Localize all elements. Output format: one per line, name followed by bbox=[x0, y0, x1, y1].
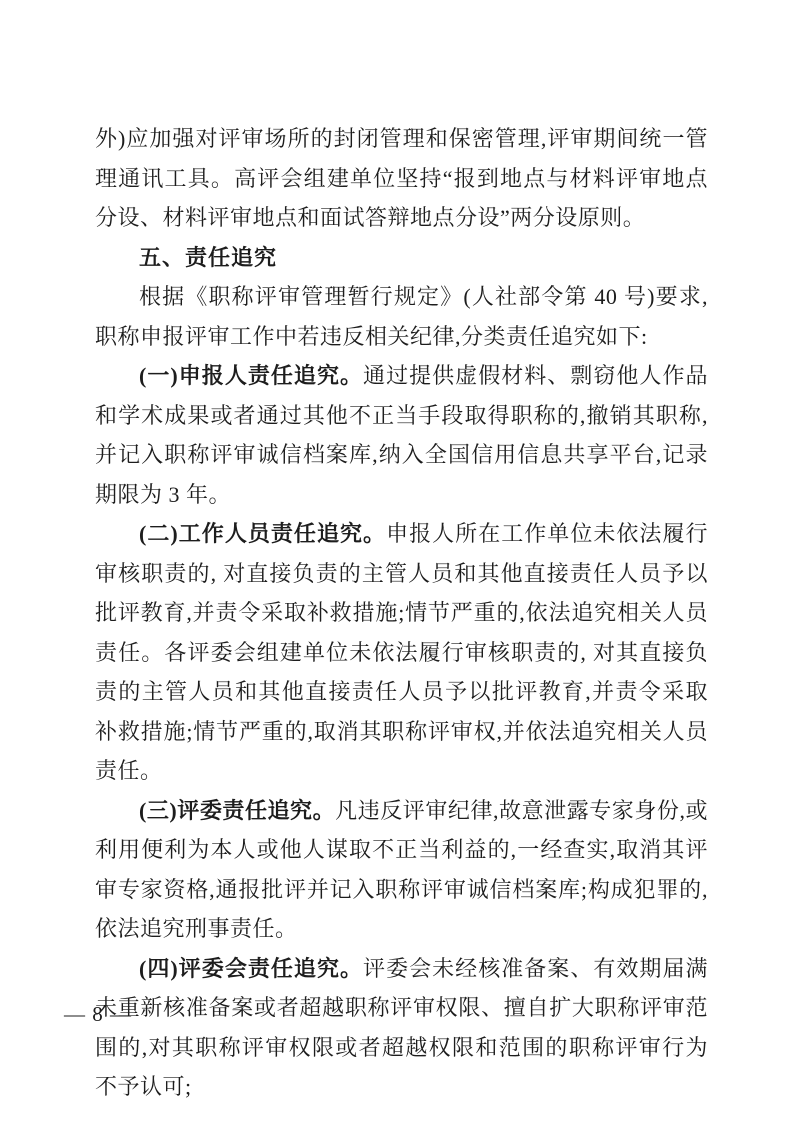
responsibility-item-committee: (四)评委会责任追究。评委会未经核准备案、有效期届满未重新核准备案或者超越职称评… bbox=[95, 949, 708, 1107]
document-body: 外)应加强对评审场所的封闭管理和保密管理,评审期间统一管理通讯工具。高评会组建单… bbox=[95, 119, 708, 1107]
item-lead: (四)评委会责任追究。 bbox=[139, 956, 363, 981]
item-body: 申报人所在工作单位未依法履行审核职责的, 对直接负责的主管人员和其他直接责任人员… bbox=[95, 521, 708, 783]
paragraph-continuation: 外)应加强对评审场所的封闭管理和保密管理,评审期间统一管理通讯工具。高评会组建单… bbox=[95, 119, 708, 238]
intro-paragraph: 根据《职称评审管理暂行规定》(人社部令第 40 号)要求,职称申报评审工作中若违… bbox=[95, 277, 708, 356]
item-lead: (一)申报人责任追究。 bbox=[139, 363, 363, 388]
responsibility-item-applicant: (一)申报人责任追究。通过提供虚假材料、剽窃他人作品和学术成果或者通过其他不正当… bbox=[95, 356, 708, 514]
page-number: — 8 — bbox=[64, 1000, 132, 1028]
section-heading: 五、责任追究 bbox=[95, 238, 708, 278]
document-page: 外)应加强对评审场所的封闭管理和保密管理,评审期间统一管理通讯工具。高评会组建单… bbox=[0, 0, 794, 1123]
item-lead: (二)工作人员责任追究。 bbox=[139, 521, 386, 546]
responsibility-item-judges: (三)评委责任追究。凡违反评审纪律,故意泄露专家身份,或利用便利为本人或他人谋取… bbox=[95, 791, 708, 949]
item-lead: (三)评委责任追究。 bbox=[139, 798, 335, 823]
responsibility-item-staff: (二)工作人员责任追究。申报人所在工作单位未依法履行审核职责的, 对直接负责的主… bbox=[95, 514, 708, 791]
